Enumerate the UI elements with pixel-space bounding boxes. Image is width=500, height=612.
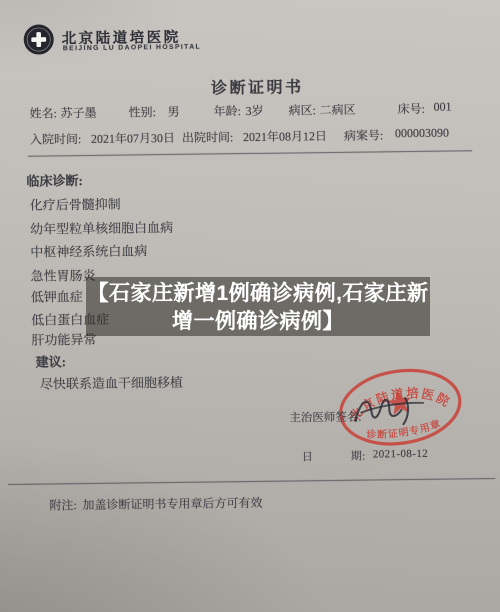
footnote-label: 附注: [49, 496, 77, 513]
name-label: 姓名: [30, 104, 58, 121]
discharge-date: 2021年08月12日 [243, 127, 327, 145]
bed-label: 床号: [397, 100, 425, 117]
discharge-label: 出院时间: [182, 128, 234, 146]
advice-label: 建议: [36, 351, 67, 370]
footnote-text: 加盖诊断证明书专用章后方可有效 [82, 494, 262, 513]
date-value: 2021-08-12 [373, 448, 428, 461]
admission-date: 2021年07月30日 [91, 129, 175, 147]
advice-text: 尽快联系造血干细胞移植 [40, 372, 183, 393]
admission-label: 入院时间: [30, 130, 82, 148]
diagnosis-item: 中枢神经系统白血病 [30, 240, 147, 260]
doctor-signature-handwriting [349, 390, 436, 433]
gender-label: 性别: [129, 103, 157, 120]
diagnosis-section-label: 临床诊断: [26, 170, 83, 190]
ward-label: 病区: [289, 101, 317, 118]
name-value: 苏子墨 [61, 104, 97, 121]
diagnosis-item: 化疗后骨髓抑制 [30, 194, 121, 214]
hospital-name-en: BEIJING LU DAOPEI HOSPITAL [63, 44, 201, 53]
date-label: 期: [351, 448, 366, 464]
diagnosis-item: 低钾血症 [31, 286, 83, 306]
document-photo: 北京陆道培医院 BEIJING LU DAOPEI HOSPITAL 诊断证明书… [0, 0, 500, 612]
divider-line [8, 478, 495, 485]
ward-value: 二病区 [320, 101, 356, 118]
case-no-label: 病案号: [344, 126, 384, 143]
date-char: 日 [302, 448, 314, 464]
bed-value: 001 [433, 100, 451, 115]
caption-line-1: 【石家庄新增1例确诊病例,石家庄新 [86, 280, 430, 308]
caption-line-2: 增一例确诊病例】 [86, 308, 430, 336]
divider-line [28, 150, 472, 156]
hospital-logo-icon [23, 23, 55, 55]
age-label: 年龄: [214, 102, 242, 119]
news-caption-overlay: 【石家庄新增1例确诊病例,石家庄新 增一例确诊病例】 [86, 277, 430, 336]
diagnosis-item: 幼年型粒单核细胞白血病 [30, 217, 173, 238]
case-no-value: 000003090 [395, 126, 449, 142]
document-title: 诊断证明书 [181, 74, 333, 99]
age-value: 3岁 [246, 102, 264, 119]
gender-value: 男 [168, 103, 180, 120]
